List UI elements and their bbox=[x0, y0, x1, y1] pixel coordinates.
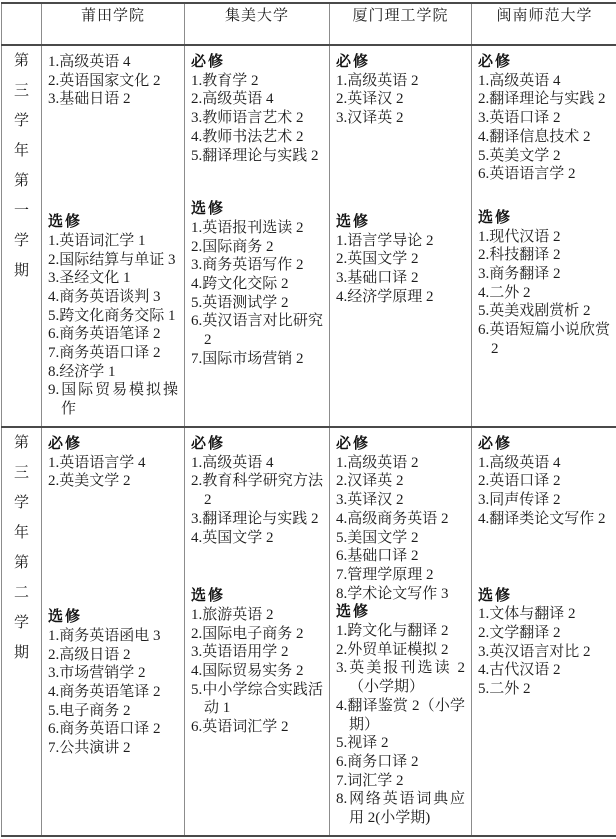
course-item: 2.翻译理论与实践 2 bbox=[478, 90, 610, 109]
course-item: 1.语言学导论 2 bbox=[336, 232, 465, 251]
cell-sem1-xmut: 必修 1.高级英语 22.英译汉 23.汉译英 2 选修 1.语言学导论 22.… bbox=[330, 45, 472, 427]
course-item: 1.商务英语函电 3 bbox=[48, 627, 178, 646]
course-item: 2.外贸单证模拟 2 bbox=[336, 641, 465, 660]
course-item: 1.旅游英语 2 bbox=[191, 606, 323, 625]
course-item: 4.翻译信息技术 2 bbox=[478, 128, 610, 147]
university-header-xiamen-university-of-technology: 厦门理工学院 bbox=[330, 3, 472, 45]
course-item: 3.英美报刊选读 2（小学期） bbox=[336, 659, 465, 696]
course-item: 7.公共演讲 2 bbox=[48, 739, 178, 758]
university-header-jimei-university: 集美大学 bbox=[185, 3, 330, 45]
course-item: 1.高级英语 4 bbox=[191, 454, 323, 473]
university-header-putian-college: 莆田学院 bbox=[42, 3, 185, 45]
course-item: 8.学术论文写作 3 bbox=[336, 585, 465, 604]
course-item: 4.经济学原理 2 bbox=[336, 288, 465, 307]
course-item: 6.英汉语言对比研究 2 bbox=[191, 312, 323, 349]
elective-course-list: 1.商务英语函电 32.高级日语 23.市场营销学 24.商务英语笔译 25.电… bbox=[48, 627, 178, 758]
course-item: 2.高级日语 2 bbox=[48, 646, 178, 665]
course-item: 2.国际商务 2 bbox=[191, 238, 323, 257]
course-item: 1.教育学 2 bbox=[191, 72, 323, 91]
university-header-minnan-normal-university: 闽南师范大学 bbox=[472, 3, 616, 45]
course-item: 2.英译汉 2 bbox=[336, 90, 465, 109]
course-item: 3.英语语用学 2 bbox=[191, 643, 323, 662]
course-item: 3.汉译英 2 bbox=[336, 109, 465, 128]
course-item: 1.现代汉语 2 bbox=[478, 228, 610, 247]
course-item: 1.跨文化与翻译 2 bbox=[336, 622, 465, 641]
course-item: 3.商务翻译 2 bbox=[478, 265, 610, 284]
course-item: 5.英美戏剧赏析 2 bbox=[478, 302, 610, 321]
course-item: 1.高级英语 2 bbox=[336, 454, 465, 473]
required-course-list: 1.高级英语 42.英语国家文化 23.基础日语 2 bbox=[48, 53, 178, 109]
course-item: 2.国际结算与单证 3 bbox=[48, 251, 178, 270]
semester-1-label-cell: 第三学年第一学期 bbox=[2, 45, 42, 427]
required-course-list: 1.高级英语 22.英译汉 23.汉译英 2 bbox=[336, 72, 465, 128]
elective-course-list: 1.现代汉语 22.科技翻译 23.商务翻译 24.二外 25.英美戏剧赏析 2… bbox=[478, 228, 610, 359]
course-item: 2.国际电子商务 2 bbox=[191, 625, 323, 644]
course-item: 1.高级英语 4 bbox=[478, 454, 610, 473]
required-section-label: 必修 bbox=[48, 435, 178, 454]
course-item: 2.高级英语 4 bbox=[191, 90, 323, 109]
required-course-list: 1.高级英语 22.汉译英 23.英译汉 24.高级商务英语 25.美国文学 2… bbox=[336, 454, 465, 604]
course-item: 9.国际贸易模拟操作 bbox=[48, 381, 178, 418]
elective-course-list: 1.英语词汇学 12.国际结算与单证 33.圣经文化 14.商务英语谈判 35.… bbox=[48, 232, 178, 419]
semester-1-row: 第三学年第一学期 1.高级英语 42.英语国家文化 23.基础日语 2 选修 1… bbox=[2, 45, 616, 427]
elective-section-label: 选修 bbox=[48, 213, 178, 232]
cell-sem1-jimei: 必修 1.教育学 22.高级英语 43.教师语言艺术 24.教师书法艺术 25.… bbox=[185, 45, 330, 427]
course-item: 5.电子商务 2 bbox=[48, 702, 178, 721]
course-item: 1.文体与翻译 2 bbox=[478, 605, 610, 624]
course-item: 2.教育科学研究方法 2 bbox=[191, 472, 323, 509]
course-item: 6.基础口译 2 bbox=[336, 547, 465, 566]
course-item: 5.英语测试学 2 bbox=[191, 294, 323, 313]
course-item: 8.经济学 1 bbox=[48, 363, 178, 382]
course-item: 1.高级英语 4 bbox=[48, 53, 178, 72]
course-item: 3.翻译理论与实践 2 bbox=[191, 510, 323, 529]
semester-1-label: 第三学年第一学期 bbox=[14, 46, 30, 286]
cell-sem2-putian: 必修 1.英语语言学 42.英美文学 2 选修 1.商务英语函电 32.高级日语… bbox=[42, 427, 185, 836]
course-item: 2.科技翻译 2 bbox=[478, 246, 610, 265]
course-item: 7.商务英语口译 2 bbox=[48, 344, 178, 363]
course-item: 4.英国文学 2 bbox=[191, 529, 323, 548]
cell-sem2-xmut: 必修 1.高级英语 22.汉译英 23.英译汉 24.高级商务英语 25.美国文… bbox=[330, 427, 472, 836]
elective-section-label: 选修 bbox=[191, 200, 323, 219]
course-item: 5.视译 2 bbox=[336, 734, 465, 753]
corner-cell bbox=[2, 3, 42, 45]
required-course-list: 1.高级英语 42.翻译理论与实践 23.英语口译 24.翻译信息技术 25.英… bbox=[478, 72, 610, 184]
course-item: 3.英译汉 2 bbox=[336, 491, 465, 510]
elective-section-label: 选修 bbox=[191, 587, 323, 606]
required-course-list: 1.高级英语 42.教育科学研究方法 23.翻译理论与实践 24.英国文学 2 bbox=[191, 454, 323, 548]
course-item: 4.古代汉语 2 bbox=[478, 661, 610, 680]
course-item: 3.教师语言艺术 2 bbox=[191, 109, 323, 128]
course-item: 5.中小学综合实践活动 1 bbox=[191, 681, 323, 718]
course-item: 3.市场营销学 2 bbox=[48, 664, 178, 683]
elective-section-label: 选修 bbox=[48, 608, 178, 627]
course-item: 2.英语口译 2 bbox=[478, 472, 610, 491]
elective-section-label: 选修 bbox=[336, 213, 465, 232]
course-item: 8.网络英语词典应用 2(小学期) bbox=[336, 790, 465, 827]
course-item: 2.英国文学 2 bbox=[336, 250, 465, 269]
course-item: 3.商务英语写作 2 bbox=[191, 256, 323, 275]
required-section-label: 必修 bbox=[191, 53, 323, 72]
required-section-label: 必修 bbox=[478, 435, 610, 454]
elective-section-label: 选修 bbox=[336, 603, 465, 622]
course-item: 4.教师书法艺术 2 bbox=[191, 128, 323, 147]
cell-sem2-jimei: 必修 1.高级英语 42.教育科学研究方法 23.翻译理论与实践 24.英国文学… bbox=[185, 427, 330, 836]
course-item: 1.高级英语 4 bbox=[478, 72, 610, 91]
course-item: 4.商务英语笔译 2 bbox=[48, 683, 178, 702]
course-item: 1.英语语言学 4 bbox=[48, 454, 178, 473]
course-item: 5.英美文学 2 bbox=[478, 147, 610, 166]
cell-sem1-minnan: 必修 1.高级英语 42.翻译理论与实践 23.英语口译 24.翻译信息技术 2… bbox=[472, 45, 616, 427]
course-item: 6.英语短篇小说欣赏 2 bbox=[478, 321, 610, 358]
course-item: 3.同声传译 2 bbox=[478, 491, 610, 510]
course-item: 4.跨文化交际 2 bbox=[191, 275, 323, 294]
required-section-label: 必修 bbox=[191, 435, 323, 454]
course-item: 4.二外 2 bbox=[478, 284, 610, 303]
course-item: 6.英语词汇学 2 bbox=[191, 718, 323, 737]
course-item: 6.商务口译 2 bbox=[336, 753, 465, 772]
course-item: 3.基础日语 2 bbox=[48, 90, 178, 109]
course-item: 4.高级商务英语 2 bbox=[336, 510, 465, 529]
course-item: 7.国际市场营销 2 bbox=[191, 350, 323, 369]
course-item: 2.文学翻译 2 bbox=[478, 624, 610, 643]
elective-course-list: 1.旅游英语 22.国际电子商务 23.英语语用学 24.国际贸易实务 25.中… bbox=[191, 606, 323, 737]
semester-2-row: 第三学年第二学期 必修 1.英语语言学 42.英美文学 2 选修 1.商务英语函… bbox=[2, 427, 616, 836]
course-item: 2.英语国家文化 2 bbox=[48, 72, 178, 91]
course-item: 7.管理学原理 2 bbox=[336, 566, 465, 585]
required-section-label: 必修 bbox=[478, 53, 610, 72]
course-item: 5.跨文化商务交际 1 bbox=[48, 307, 178, 326]
course-item: 2.英美文学 2 bbox=[48, 472, 178, 491]
course-item: 2.汉译英 2 bbox=[336, 472, 465, 491]
course-item: 4.翻译类论文写作 2 bbox=[478, 510, 610, 529]
course-item: 3.基础口译 2 bbox=[336, 269, 465, 288]
course-item: 1.高级英语 2 bbox=[336, 72, 465, 91]
course-item: 3.英语口译 2 bbox=[478, 109, 610, 128]
elective-course-list: 1.文体与翻译 22.文学翻译 23.英汉语言对比 24.古代汉语 25.二外 … bbox=[478, 605, 610, 699]
elective-section-label: 选修 bbox=[478, 209, 610, 228]
cell-sem1-putian: 1.高级英语 42.英语国家文化 23.基础日语 2 选修 1.英语词汇学 12… bbox=[42, 45, 185, 427]
course-item: 5.美国文学 2 bbox=[336, 529, 465, 548]
course-item: 3.圣经文化 1 bbox=[48, 269, 178, 288]
page: 莆田学院 集美大学 厦门理工学院 闽南师范大学 第三学年第一学期 1.高级英语 … bbox=[0, 0, 616, 839]
header-row: 莆田学院 集美大学 厦门理工学院 闽南师范大学 bbox=[2, 3, 616, 45]
cell-sem2-minnan: 必修 1.高级英语 42.英语口译 23.同声传译 24.翻译类论文写作 2 选… bbox=[472, 427, 616, 836]
required-course-list: 1.高级英语 42.英语口译 23.同声传译 24.翻译类论文写作 2 bbox=[478, 454, 610, 529]
required-course-list: 1.教育学 22.高级英语 43.教师语言艺术 24.教师书法艺术 25.翻译理… bbox=[191, 72, 323, 166]
elective-course-list: 1.语言学导论 22.英国文学 23.基础口译 24.经济学原理 2 bbox=[336, 232, 465, 307]
curriculum-table: 莆田学院 集美大学 厦门理工学院 闽南师范大学 第三学年第一学期 1.高级英语 … bbox=[1, 2, 616, 837]
semester-2-label-cell: 第三学年第二学期 bbox=[2, 427, 42, 836]
course-item: 7.词汇学 2 bbox=[336, 772, 465, 791]
course-item: 4.国际贸易实务 2 bbox=[191, 662, 323, 681]
elective-course-list: 1.英语报刊选读 22.国际商务 23.商务英语写作 24.跨文化交际 25.英… bbox=[191, 219, 323, 369]
required-course-list: 1.英语语言学 42.英美文学 2 bbox=[48, 454, 178, 491]
elective-course-list: 1.跨文化与翻译 22.外贸单证模拟 23.英美报刊选读 2（小学期）4.翻译鉴… bbox=[336, 622, 465, 828]
course-item: 1.英语词汇学 1 bbox=[48, 232, 178, 251]
elective-section-label: 选修 bbox=[478, 587, 610, 606]
course-item: 5.翻译理论与实践 2 bbox=[191, 147, 323, 166]
course-item: 6.商务英语笔译 2 bbox=[48, 325, 178, 344]
required-section-label: 必修 bbox=[336, 53, 465, 72]
course-item: 4.翻译鉴赏 2（小学期） bbox=[336, 697, 465, 734]
course-item: 6.英语语言学 2 bbox=[478, 165, 610, 184]
course-item: 1.英语报刊选读 2 bbox=[191, 219, 323, 238]
semester-2-label: 第三学年第二学期 bbox=[14, 428, 30, 668]
course-item: 3.英汉语言对比 2 bbox=[478, 643, 610, 662]
course-item: 4.商务英语谈判 3 bbox=[48, 288, 178, 307]
course-item: 5.二外 2 bbox=[478, 680, 610, 699]
course-item: 6.商务英语口译 2 bbox=[48, 720, 178, 739]
required-section-label: 必修 bbox=[336, 435, 465, 454]
